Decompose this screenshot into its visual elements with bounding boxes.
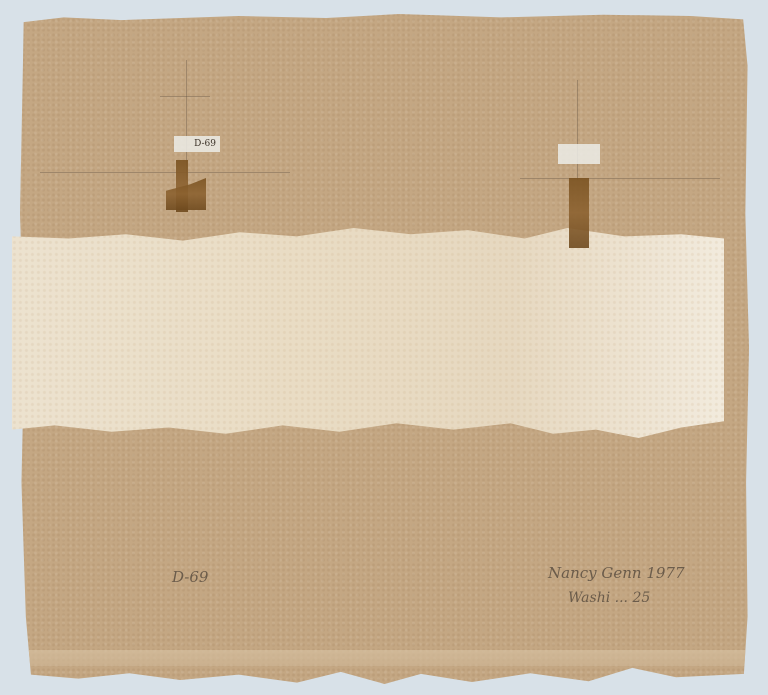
right-tape-label [558,144,600,164]
left-tape-label: D-69 [174,136,220,152]
left-tape-label-text: D-69 [194,139,216,149]
inventory-number-inscription: D-69 [172,568,208,586]
inventory-number-text: D-69 [172,568,208,586]
light-paper-band [12,228,724,438]
artist-signature-line2: Washi ... 25 [568,590,650,606]
signature-line-2: Washi ... 25 [568,590,650,606]
right-tape-hinge [569,178,589,248]
signature-line-1: Nancy Genn 1977 [548,564,685,582]
pencil-mark-right-vertical [577,80,578,180]
pencil-mark-left-top [160,96,210,97]
pencil-mark-right-horizontal [520,178,720,179]
pencil-mark-left-horizontal [40,172,290,173]
artist-signature: Nancy Genn 1977 [548,564,685,582]
paper-deckle-edge [20,650,749,666]
